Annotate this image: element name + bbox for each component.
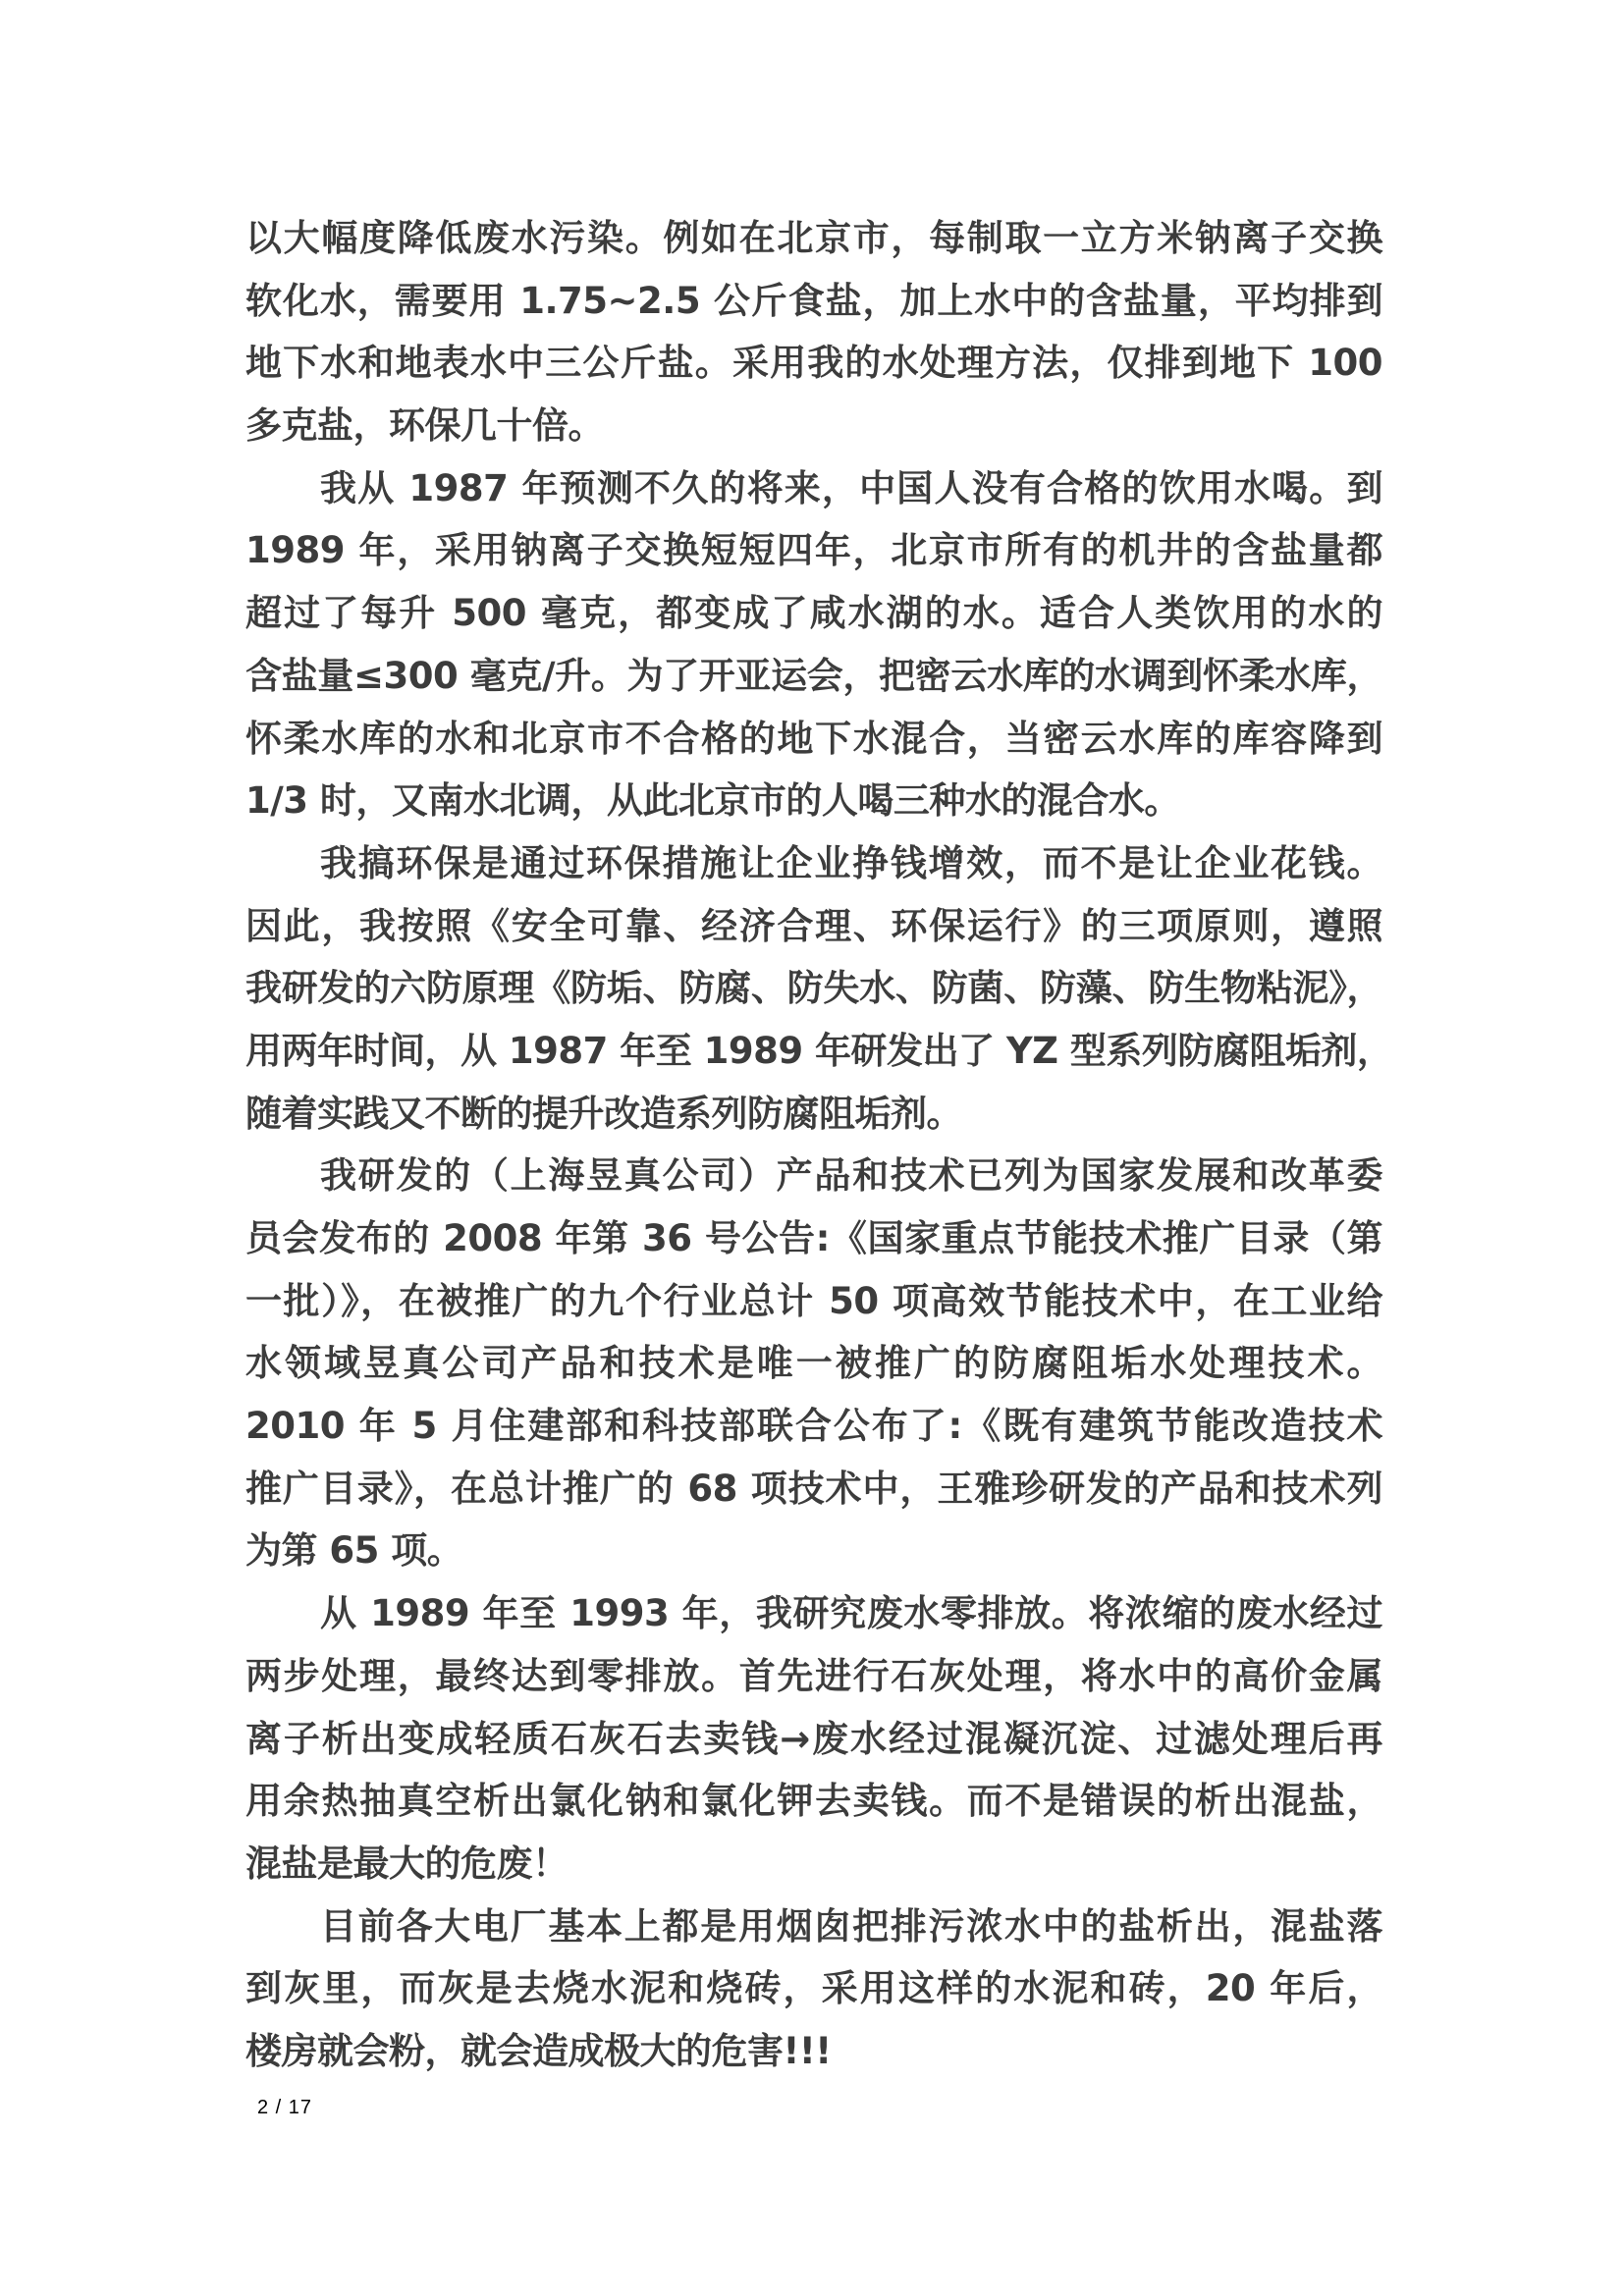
text-line: 楼房就会粉，就会造成极大的危害!!! <box>245 2020 1382 2083</box>
text-line: 离子析出变成轻质石灰石去卖钱→废水经过混凝沉淀、过滤处理后再 <box>245 1708 1382 1771</box>
paragraph-1: 以大幅度降低废水污染。例如在北京市，每制取一立方米钠离子交换 软化水，需要用 1… <box>245 207 1382 457</box>
paragraph-2: 我从 1987 年预测不久的将来，中国人没有合格的饮用水喝。到 1989 年，采… <box>245 457 1382 832</box>
document-page: 以大幅度降低废水污染。例如在北京市，每制取一立方米钠离子交换 软化水，需要用 1… <box>0 0 1624 2296</box>
text-line: 员会发布的 2008 年第 36 号公告:《国家重点节能技术推广目录（第 <box>245 1207 1382 1270</box>
text-line: 怀柔水库的水和北京市不合格的地下水混合，当密云水库的库容降到 <box>245 708 1382 771</box>
text-line: 2010 年 5 月住建部和科技部联合公布了:《既有建筑节能改造技术 <box>245 1395 1382 1458</box>
text-line: 我研发的六防原理《防垢、防腐、防失水、防菌、防藻、防生物粘泥》， <box>245 957 1382 1020</box>
text-line: 随着实践又不断的提升改造系列防腐阻垢剂。 <box>245 1083 1382 1146</box>
text-line: 我从 1987 年预测不久的将来，中国人没有合格的饮用水喝。到 <box>245 457 1382 520</box>
text-line: 我研发的（上海昱真公司）产品和技术已列为国家发展和改革委 <box>245 1145 1382 1207</box>
text-line: 1/3 时，又南水北调，从此北京市的人喝三种水的混合水。 <box>245 770 1382 832</box>
text-line: 混盐是最大的危废！ <box>245 1833 1382 1896</box>
text-line: 用余热抽真空析出氯化钠和氯化钾去卖钱。而不是错误的析出混盐， <box>245 1770 1382 1833</box>
text-line: 推广目录》，在总计推广的 68 项技术中，王雅珍研发的产品和技术列 <box>245 1458 1382 1521</box>
text-line: 水领域昱真公司产品和技术是唯一被推广的防腐阻垢水处理技术。 <box>245 1332 1382 1395</box>
text-line: 用两年时间，从 1987 年至 1989 年研发出了 YZ 型系列防腐阻垢剂， <box>245 1020 1382 1083</box>
text-line: 超过了每升 500 毫克，都变成了咸水湖的水。适合人类饮用的水的 <box>245 582 1382 645</box>
document-body: 以大幅度降低废水污染。例如在北京市，每制取一立方米钠离子交换 软化水，需要用 1… <box>245 207 1382 2083</box>
text-line: 我搞环保是通过环保措施让企业挣钱增效，而不是让企业花钱。 <box>245 832 1382 895</box>
text-line: 地下水和地表水中三公斤盐。采用我的水处理方法，仅排到地下 100 <box>245 332 1382 395</box>
paragraph-6: 目前各大电厂基本上都是用烟囱把排污浓水中的盐析出，混盐落 到灰里，而灰是去烧水泥… <box>245 1896 1382 2083</box>
text-line: 软化水，需要用 1.75~2.5 公斤食盐，加上水中的含盐量，平均排到 <box>245 270 1382 333</box>
page-number: 2 / 17 <box>257 2097 312 2119</box>
text-line: 1989 年，采用钠离子交换短短四年，北京市所有的机井的含盐量都 <box>245 519 1382 582</box>
text-line: 以大幅度降低废水污染。例如在北京市，每制取一立方米钠离子交换 <box>245 207 1382 270</box>
text-line: 到灰里，而灰是去烧水泥和烧砖，采用这样的水泥和砖，20 年后， <box>245 1957 1382 2020</box>
paragraph-5: 从 1989 年至 1993 年，我研究废水零排放。将浓缩的废水经过 两步处理，… <box>245 1582 1382 1895</box>
paragraph-3: 我搞环保是通过环保措施让企业挣钱增效，而不是让企业花钱。 因此，我按照《安全可靠… <box>245 832 1382 1145</box>
text-line: 多克盐，环保几十倍。 <box>245 395 1382 457</box>
text-line: 含盐量≤300 毫克/升。为了开亚运会，把密云水库的水调到怀柔水库， <box>245 645 1382 708</box>
text-line: 一批）》，在被推广的九个行业总计 50 项高效节能技术中，在工业给 <box>245 1270 1382 1333</box>
text-line: 两步处理，最终达到零排放。首先进行石灰处理，将水中的高价金属 <box>245 1645 1382 1708</box>
text-line: 目前各大电厂基本上都是用烟囱把排污浓水中的盐析出，混盐落 <box>245 1896 1382 1958</box>
text-line: 因此，我按照《安全可靠、经济合理、环保运行》的三项原则，遵照 <box>245 895 1382 958</box>
paragraph-4: 我研发的（上海昱真公司）产品和技术已列为国家发展和改革委 员会发布的 2008 … <box>245 1145 1382 1582</box>
text-line: 为第 65 项。 <box>245 1520 1382 1582</box>
text-line: 从 1989 年至 1993 年，我研究废水零排放。将浓缩的废水经过 <box>245 1582 1382 1645</box>
